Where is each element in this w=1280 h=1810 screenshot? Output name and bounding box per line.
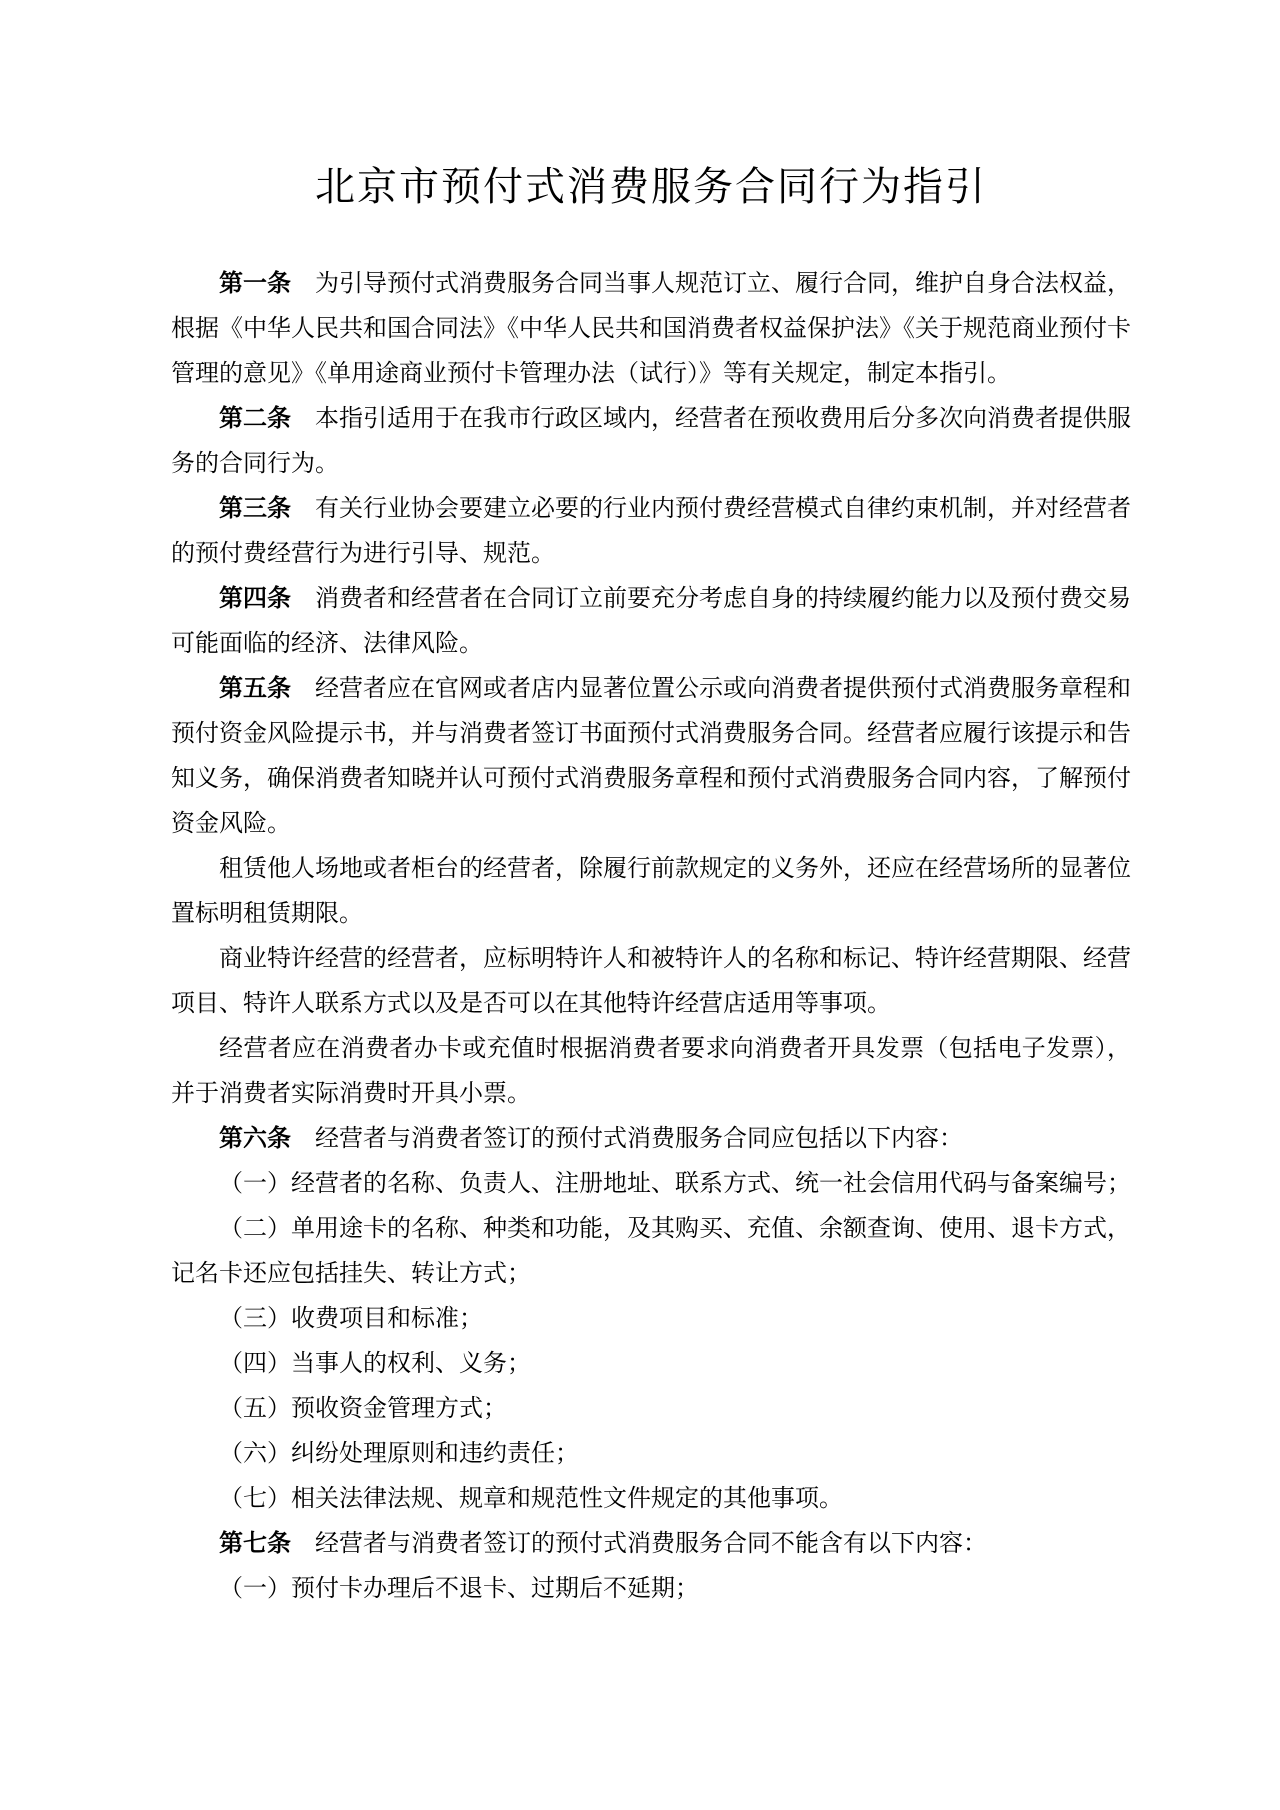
- paragraph-text: （三）收费项目和标准；: [219, 1306, 483, 1332]
- paragraph: 经营者应在消费者办卡或充值时根据消费者要求向消费者开具发票（包括电子发票），并于…: [171, 1027, 1131, 1117]
- paragraph-text: （二）单用途卡的名称、种类和功能，及其购买、充值、余额查询、使用、退卡方式，记名…: [171, 1216, 1131, 1287]
- article-number: 第七条: [219, 1531, 291, 1557]
- paragraph: 第五条经营者应在官网或者店内显著位置公示或向消费者提供预付式消费服务章程和预付资…: [171, 667, 1131, 847]
- paragraph-text: （六）纠纷处理原则和违约责任；: [219, 1441, 579, 1467]
- paragraph-text: （四）当事人的权利、义务；: [219, 1351, 531, 1377]
- article-number: 第四条: [219, 586, 291, 612]
- paragraph-text: 经营者与消费者签订的预付式消费服务合同应包括以下内容：: [315, 1126, 963, 1152]
- paragraph-text: （七）相关法律法规、规章和规范性文件规定的其他事项。: [219, 1486, 843, 1512]
- article-number: 第二条: [219, 406, 291, 432]
- document-page: 北京市预付式消费服务合同行为指引 第一条为引导预付式消费服务合同当事人规范订立、…: [0, 0, 1280, 1810]
- paragraph: （五）预收资金管理方式；: [171, 1387, 1131, 1432]
- article-number: 第三条: [219, 496, 291, 522]
- paragraph: 第三条有关行业协会要建立必要的行业内预付费经营模式自律约束机制，并对经营者的预付…: [171, 487, 1131, 577]
- paragraph-text: 本指引适用于在我市行政区域内，经营者在预收费用后分多次向消费者提供服务的合同行为…: [171, 406, 1131, 477]
- paragraph-text: （五）预收资金管理方式；: [219, 1396, 507, 1422]
- paragraph: （四）当事人的权利、义务；: [171, 1342, 1131, 1387]
- paragraph: （一）经营者的名称、负责人、注册地址、联系方式、统一社会信用代码与备案编号；: [171, 1162, 1131, 1207]
- paragraph: 第一条为引导预付式消费服务合同当事人规范订立、履行合同，维护自身合法权益，根据《…: [171, 262, 1131, 397]
- paragraph: （三）收费项目和标准；: [171, 1297, 1131, 1342]
- document-title: 北京市预付式消费服务合同行为指引: [171, 159, 1131, 215]
- paragraph-text: （一）预付卡办理后不退卡、过期后不延期；: [219, 1576, 699, 1602]
- paragraph-text: 经营者应在官网或者店内显著位置公示或向消费者提供预付式消费服务章程和预付资金风险…: [171, 676, 1131, 837]
- paragraph: 商业特许经营的经营者，应标明特许人和被特许人的名称和标记、特许经营期限、经营项目…: [171, 937, 1131, 1027]
- paragraph: 第六条经营者与消费者签订的预付式消费服务合同应包括以下内容：: [171, 1117, 1131, 1162]
- paragraph-text: 为引导预付式消费服务合同当事人规范订立、履行合同，维护自身合法权益，根据《中华人…: [171, 271, 1131, 387]
- paragraph-text: （一）经营者的名称、负责人、注册地址、联系方式、统一社会信用代码与备案编号；: [219, 1171, 1131, 1197]
- paragraph: （二）单用途卡的名称、种类和功能，及其购买、充值、余额查询、使用、退卡方式，记名…: [171, 1207, 1131, 1297]
- paragraph-text: 有关行业协会要建立必要的行业内预付费经营模式自律约束机制，并对经营者的预付费经营…: [171, 496, 1131, 567]
- paragraph: （一）预付卡办理后不退卡、过期后不延期；: [171, 1567, 1131, 1612]
- paragraph-text: 消费者和经营者在合同订立前要充分考虑自身的持续履约能力以及预付费交易可能面临的经…: [171, 586, 1131, 657]
- paragraph: （六）纠纷处理原则和违约责任；: [171, 1432, 1131, 1477]
- paragraph: 第四条消费者和经营者在合同订立前要充分考虑自身的持续履约能力以及预付费交易可能面…: [171, 577, 1131, 667]
- paragraph: （七）相关法律法规、规章和规范性文件规定的其他事项。: [171, 1477, 1131, 1522]
- paragraph-text: 经营者与消费者签订的预付式消费服务合同不能含有以下内容：: [315, 1531, 987, 1557]
- article-number: 第一条: [219, 271, 291, 297]
- article-number: 第六条: [219, 1126, 291, 1152]
- document-body: 第一条为引导预付式消费服务合同当事人规范订立、履行合同，维护自身合法权益，根据《…: [171, 262, 1131, 1612]
- paragraph: 第二条本指引适用于在我市行政区域内，经营者在预收费用后分多次向消费者提供服务的合…: [171, 397, 1131, 487]
- paragraph-text: 经营者应在消费者办卡或充值时根据消费者要求向消费者开具发票（包括电子发票），并于…: [171, 1036, 1131, 1107]
- article-number: 第五条: [219, 676, 291, 702]
- paragraph-text: 租赁他人场地或者柜台的经营者，除履行前款规定的义务外，还应在经营场所的显著位置标…: [171, 856, 1131, 927]
- paragraph: 第七条经营者与消费者签订的预付式消费服务合同不能含有以下内容：: [171, 1522, 1131, 1567]
- paragraph: 租赁他人场地或者柜台的经营者，除履行前款规定的义务外，还应在经营场所的显著位置标…: [171, 847, 1131, 937]
- paragraph-text: 商业特许经营的经营者，应标明特许人和被特许人的名称和标记、特许经营期限、经营项目…: [171, 946, 1131, 1017]
